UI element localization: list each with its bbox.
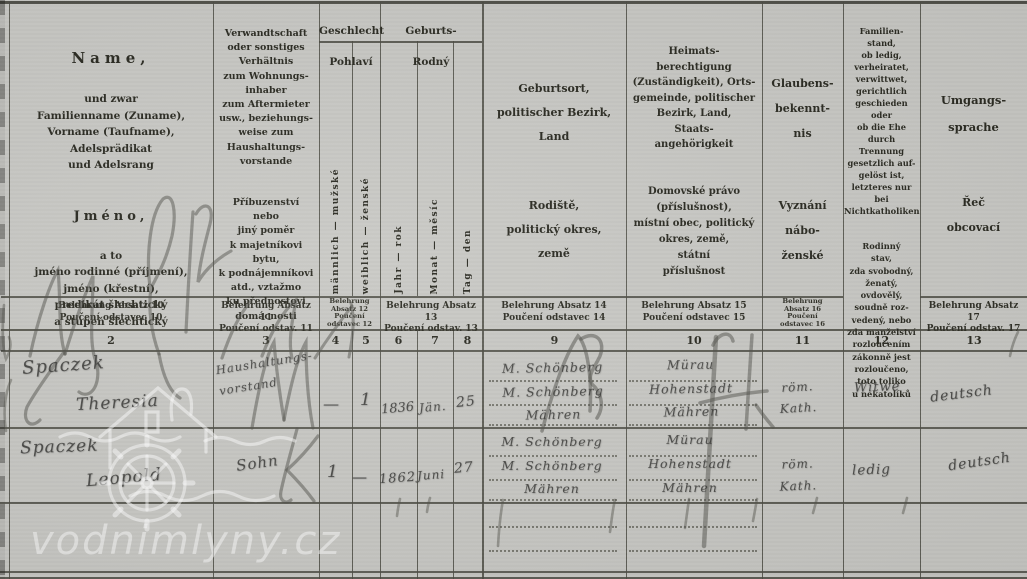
- column-number-2: 2: [10, 334, 212, 347]
- entry-language: deutsch: [929, 382, 993, 406]
- column-number-9: 9: [484, 334, 625, 347]
- entry-surname: Spaczek: [21, 352, 105, 379]
- entry-birth-day: 25: [455, 393, 476, 411]
- female-column-label-cell: weiblich — ženské: [352, 42, 380, 294]
- grid-line: [417, 329, 419, 579]
- male-column-label-cell: männlich — mužské: [319, 42, 352, 294]
- family-status-column-header: Familien- stand, ob ledig, verheiratet, …: [844, 6, 919, 419]
- note-col3: Belehrung Absatz 11 Poučení odstav. 11: [214, 301, 318, 336]
- grid-line: [920, 296, 1027, 298]
- grid-line: [0, 571, 1027, 573]
- entry-given-name: Theresia: [76, 391, 160, 415]
- watermark-wave: [205, 438, 295, 445]
- entry-birthplace: M. Schönberg M. Schönberg Mähren: [487, 355, 618, 428]
- month-column-label-cell: Monat — měsíc: [417, 42, 453, 294]
- write-line: [629, 526, 757, 528]
- entry-birth-year: 1862: [379, 470, 417, 488]
- header-name-german-lines: und zwar Familienname (Zuname), Vorname …: [10, 91, 212, 174]
- entry-birthplace: M. Schönberg M. Schönberg Mähren: [486, 430, 618, 501]
- header-religion-czech: Vyznání nábo- ženské: [763, 193, 842, 268]
- note-col11: Belehrung Absatz 16 Poučení odstavec 16: [763, 298, 842, 328]
- note-col6-8: Belehrung Absatz 13 Poučení odstav. 13: [380, 301, 482, 336]
- grid-line: [0, 1, 1027, 4]
- note-col2: Belehrung Absatz 10 Poučení odstavec 10: [10, 301, 212, 324]
- year-column-label-cell: Jahr — rok: [380, 42, 417, 294]
- grid-line: [0, 502, 1027, 504]
- grid-line: [0, 427, 1027, 429]
- column-1-cut-edge: [0, 0, 5, 579]
- grid-line: [453, 329, 455, 579]
- entry-relation: Haushaltungs- vorstand: [214, 344, 323, 402]
- column-number-12: 12: [844, 334, 919, 347]
- header-home-czech: Domovské právo (příslušnost), místní obe…: [627, 184, 761, 280]
- write-line: [629, 550, 757, 552]
- entry-religion: röm. Kath.: [769, 452, 827, 498]
- column-number-6: 6: [380, 334, 417, 347]
- column-number-10: 10: [627, 334, 761, 347]
- entry-birth-month: Juni: [417, 467, 446, 483]
- column-number-13: 13: [921, 334, 1027, 347]
- home-right-column-header: Heimats- berechtigung (Zuständigkeit), O…: [627, 25, 761, 299]
- entry-birth-month: Jän.: [418, 399, 447, 415]
- entry-relation: Sohn: [235, 451, 280, 475]
- note-col13: Belehrung Absatz 17 Poučení odstav. 17: [921, 301, 1026, 336]
- language-column-header: Umgangs- sprache Řeč obcovací: [921, 68, 1026, 259]
- header-status-german: Familien- stand, ob ledig, verheiratet, …: [844, 25, 919, 217]
- note-col4-5: Belehrung Absatz 12 Poučení odstavec 12: [319, 298, 380, 328]
- relation-column-header: Verwandtschaft oder sonstiges Verhältnis…: [214, 8, 318, 343]
- entry-home-right: Mürau Hohenstadt Mähren: [629, 352, 752, 425]
- entry-birth-year: 1836: [380, 400, 414, 418]
- write-line: [629, 424, 757, 426]
- male-column-label: männlich — mužské: [331, 166, 341, 294]
- entry-language: deutsch: [947, 450, 1012, 475]
- header-relation-german: Verwandtschaft oder sonstiges Verhältnis…: [214, 27, 318, 169]
- note-col9: Belehrung Absatz 14 Poučení odstavec 14: [484, 301, 624, 324]
- header-name-german-title: Name,: [10, 49, 212, 67]
- column-number-11: 11: [763, 334, 842, 347]
- header-status-czech: Rodinný stav, zda svobodný, ženatý, ovdo…: [844, 240, 919, 400]
- sex-group-german: Geschlecht: [319, 25, 383, 37]
- column-number-5: 5: [352, 334, 380, 347]
- entry-female-mark: —: [352, 468, 368, 486]
- watermark-wave: [130, 492, 274, 501]
- entry-surname: Spaczek: [20, 436, 99, 459]
- watermark-chimney: [171, 389, 191, 420]
- watermark-window: [146, 412, 158, 432]
- entry-female-mark: 1: [360, 390, 372, 410]
- entry-religion: röm. Kath.: [769, 376, 827, 421]
- entry-family-status: ledig: [852, 461, 891, 478]
- column-number-4: 4: [319, 334, 352, 347]
- day-column-label-cell: Tag — den: [453, 42, 482, 294]
- note-col10: Belehrung Absatz 15 Poučení odstavec 15: [627, 301, 761, 324]
- column-number-3: 3: [214, 334, 318, 347]
- entry-male-mark: —: [323, 394, 340, 413]
- column-number-8: 8: [453, 334, 482, 347]
- entry-home-right: Mürau Hohenstadt Mähren: [628, 428, 752, 500]
- write-line: [489, 550, 617, 552]
- birthplace-column-header: Geburtsort, politischer Bezirk, Land Rod…: [484, 58, 624, 285]
- entry-given-name: Leopold: [85, 465, 162, 492]
- header-name-czech-title: Jméno,: [10, 209, 212, 224]
- entry-birth-day: 27: [453, 459, 474, 477]
- header-language-czech: Řeč obcovací: [921, 190, 1026, 240]
- year-column-label: Jahr — rok: [394, 223, 404, 294]
- grid-line: [352, 329, 354, 579]
- header-language-german: Umgangs- sprache: [921, 87, 1026, 141]
- birth-group-german: Geburts-: [380, 25, 482, 37]
- entry-male-mark: 1: [327, 462, 339, 482]
- religion-column-header: Glaubens- bekennt- nis Vyznání nábo- žen…: [763, 52, 842, 287]
- female-column-label: weiblich — ženské: [361, 175, 371, 294]
- column-number-7: 7: [417, 334, 453, 347]
- entry-family-status: Witwe: [854, 379, 901, 396]
- header-birthplace-czech: Rodiště, politický okres, země: [484, 194, 624, 266]
- month-column-label: Monat — měsíc: [430, 196, 440, 294]
- day-column-label: Tag — den: [463, 227, 473, 294]
- watermark-site-text: vodnimlyny.cz: [30, 518, 341, 564]
- header-home-german: Heimats- berechtigung (Zuständigkeit), O…: [627, 44, 761, 153]
- header-birthplace-german: Geburtsort, politischer Bezirk, Land: [484, 77, 624, 149]
- census-register-scan: Name, und zwar Familienname (Zuname), Vo…: [0, 0, 1027, 579]
- header-religion-german: Glaubens- bekennt- nis: [763, 71, 842, 146]
- write-line: [489, 526, 617, 528]
